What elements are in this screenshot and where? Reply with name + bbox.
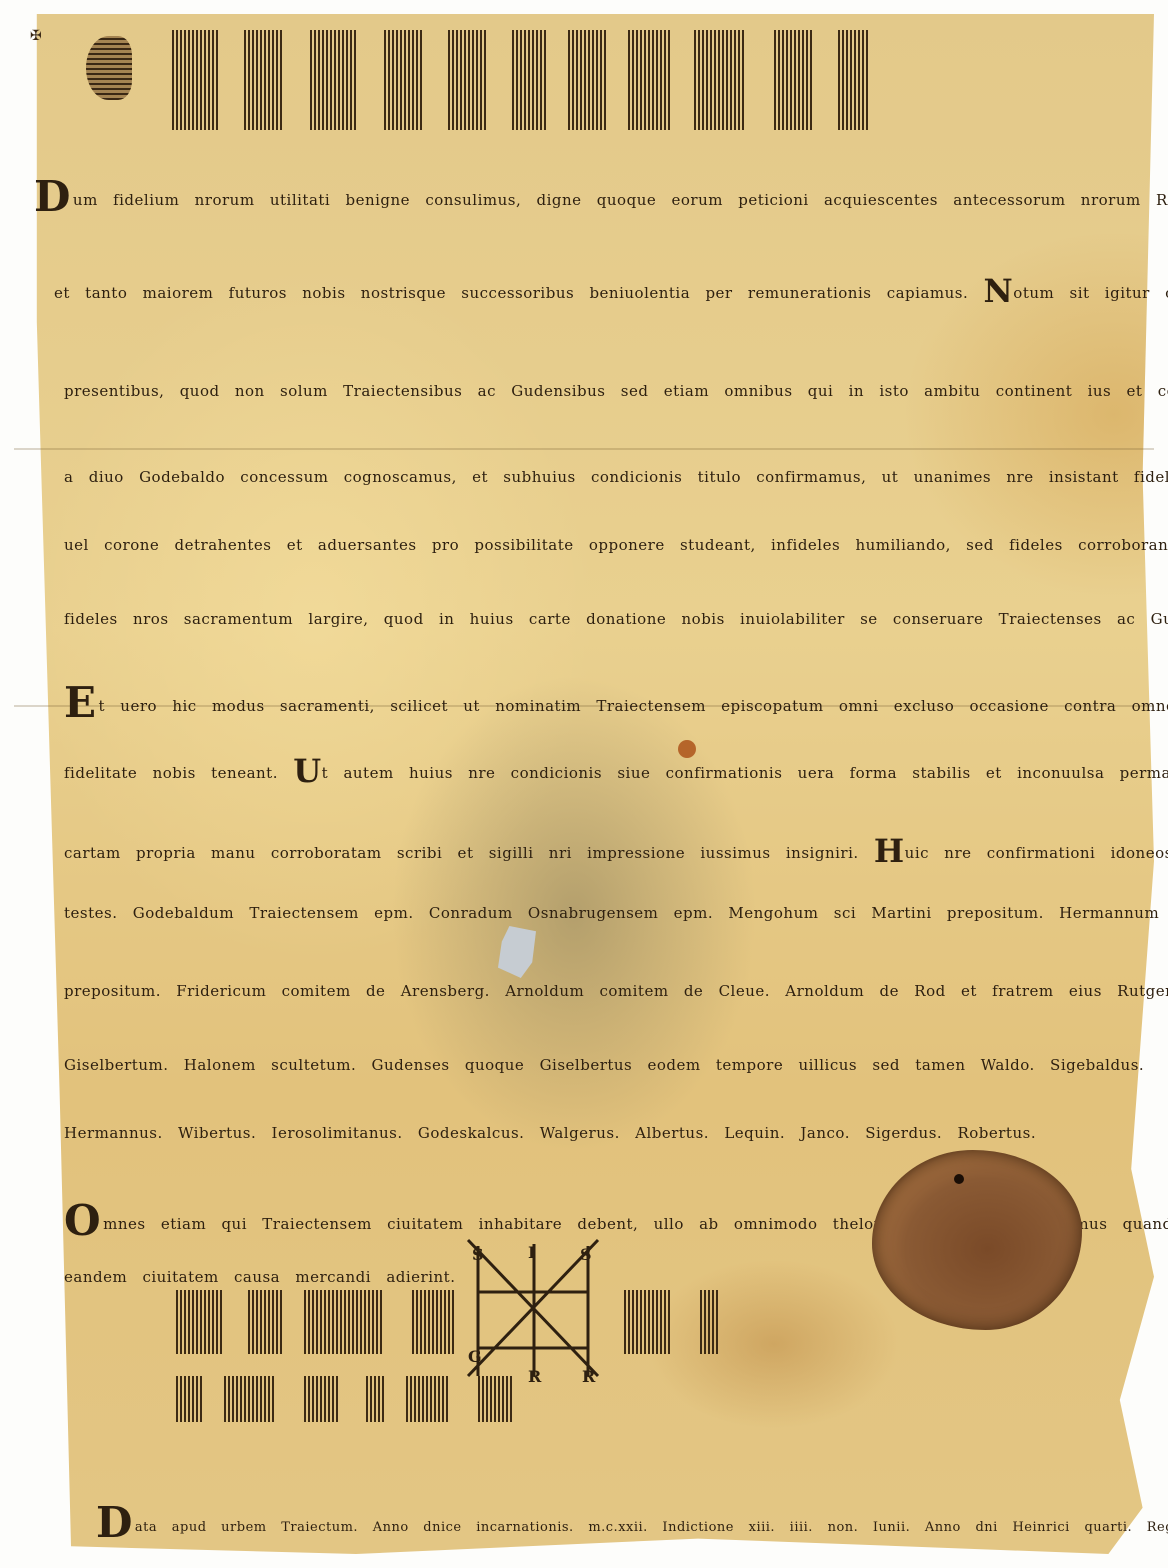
- svg-text:I: I: [528, 1243, 535, 1262]
- elongata-word: [176, 1376, 208, 1422]
- elongata-word: [172, 30, 228, 130]
- elongata-word: [628, 30, 678, 130]
- text-line-3: presentibus, quod non solum Traiectensib…: [64, 382, 1128, 400]
- elongata-word: [224, 1376, 288, 1422]
- dating-line: Data apud urbem Traiectum. Anno dnice in…: [96, 1498, 1128, 1547]
- elongata-word: [448, 30, 496, 130]
- text-line-11: prepositum. Fridericum comitem de Arensb…: [64, 982, 1128, 1000]
- wax-seal: [872, 1150, 1082, 1330]
- text-line-1: Dum fidelium nrorum utilitati benigne co…: [34, 172, 1128, 221]
- elongata-word: [304, 1376, 350, 1422]
- elongata-word: [384, 30, 432, 130]
- elongata-word: [412, 1290, 464, 1354]
- text-line-4: a diuo Godebaldo concessum cognoscamus, …: [64, 468, 1128, 486]
- elongata-word: [248, 1290, 288, 1354]
- text-line-6: fideles nros sacramentum largire, quod i…: [64, 610, 1128, 628]
- red-stain: [678, 740, 696, 758]
- svg-text:R: R: [528, 1367, 542, 1386]
- text-line-13: Hermannus. Wibertus. Ierosolimitanus. Go…: [64, 1124, 1128, 1142]
- svg-text:R: R: [582, 1367, 596, 1386]
- text-line-12: Giselbertum. Halonem scultetum. Gudenses…: [64, 1056, 1128, 1074]
- elongata-word: [694, 30, 758, 130]
- ornamental-initial-c: [86, 36, 132, 100]
- elongata-word: [568, 30, 612, 130]
- text-line-8: fidelitate nobis teneant. Ut autem huius…: [64, 752, 1128, 790]
- elongata-word: [310, 30, 368, 130]
- elongata-word: [774, 30, 822, 130]
- signum-line-1: [176, 1290, 464, 1354]
- elongata-word: [176, 1290, 232, 1354]
- elongata-word: [244, 30, 294, 130]
- elongata-word: [624, 1290, 684, 1354]
- signum-line-1-cont: [624, 1290, 724, 1354]
- elongata-word: [366, 1376, 390, 1422]
- fold-line: [14, 448, 1154, 450]
- elongata-word: [512, 30, 552, 130]
- elongata-word: [838, 30, 878, 130]
- text-line-9: cartam propria manu corroboratam scribi …: [64, 832, 1128, 870]
- header-elongata: [172, 30, 878, 130]
- elongata-word: [406, 1376, 462, 1422]
- seal-hole: [954, 1174, 964, 1184]
- svg-text:S: S: [472, 1245, 484, 1264]
- svg-text:G: G: [468, 1347, 482, 1366]
- text-line-7: Et uero hic modus sacramenti, scilicet u…: [64, 678, 1128, 727]
- text-line-2: et tanto maiorem futuros nobis nostrisqu…: [54, 272, 1128, 310]
- elongata-word: [304, 1290, 396, 1354]
- elongata-word: [700, 1290, 724, 1354]
- svg-text:S: S: [580, 1245, 592, 1264]
- chrismon-icon: ✠: [30, 28, 48, 46]
- imperial-monogram: SIS GRR: [458, 1236, 618, 1386]
- text-line-10: testes. Godebaldum Traiectensem epm. Con…: [64, 904, 1128, 922]
- text-line-5: uel corone detrahentes et aduersantes pr…: [64, 524, 1128, 562]
